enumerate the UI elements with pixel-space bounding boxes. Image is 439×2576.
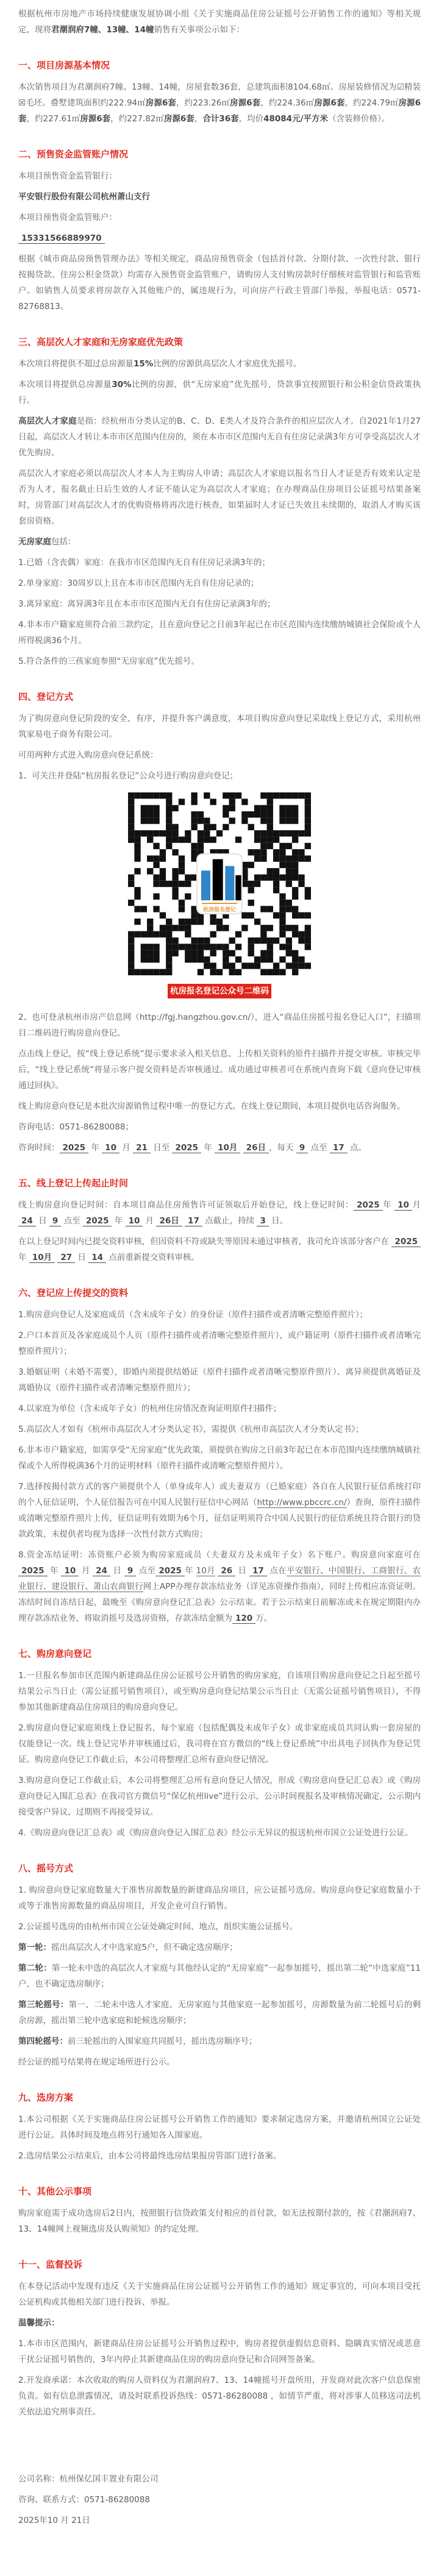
paragraph: 点击线上登记，按“线上登记系统”提示要求录入相关信息、上传相关资料的原件扫描件并… xyxy=(18,1046,421,1094)
text-run: 根据《城市商品房预售管理办法》等相关规定，商品房预售资金（包括首付款、分期付款、… xyxy=(18,254,421,311)
text-run: 三、高层次人才家庭和无房家庭优先政策 xyxy=(18,336,183,347)
text-run: 日 xyxy=(36,1216,49,1226)
paragraph: 1.一旦报名参加市区范围内新建商品住房公证摇号公开销售的购房家庭，自该项目购房意… xyxy=(18,1668,421,1715)
text-run: 六、登记应上传提交的资料 xyxy=(18,1287,128,1298)
paragraph: 高层次人才家庭是指：经杭州市分类认定的B、C、D、E类人才及符合条件的相应层次人… xyxy=(18,413,421,461)
footer-line: 2025年10 月 21日 xyxy=(18,2513,421,2528)
section-heading: 十一、监督投诉 xyxy=(18,2258,421,2271)
paragraph: 1.已婚（含丧偶）家庭：在我市市区范围内无自有住房记录满3年的； xyxy=(18,555,421,571)
text-run: 前三轮摇出的入围家庭共同摇号，摇出选房顺序号； xyxy=(68,2037,257,2046)
text-emphasis: 27 xyxy=(57,1253,75,1263)
text-emphasis: 14 xyxy=(88,1253,106,1263)
paragraph: 1.本公司根据《关于实施商品住房公证摇号公开销售工作的通知》要求制定选房方案，并… xyxy=(18,2112,421,2143)
text-run: 咨询时间： xyxy=(18,1143,60,1153)
paragraph: 第二轮：第一轮未中选的高层次人才家庭与其他经认定的“无房家庭”一起参加摇号，摇出… xyxy=(18,1960,421,1992)
text-emphasis: 24 xyxy=(93,1566,110,1576)
text-run: 1.一旦报名参加市区范围内新建商品住房公证摇号公开销售的购房家庭，自该项目购房意… xyxy=(18,1671,421,1712)
text-emphasis: 26日 xyxy=(243,1143,269,1153)
text-emphasis: 9 xyxy=(296,1143,308,1153)
text-emphasis: 平安银行股份有限公司杭州萧山支行 xyxy=(18,192,150,202)
text-run: 为了购房意向登记阶段的安全、有序，并提升客户满意度，本项目购房意向登记采取线上登… xyxy=(18,714,421,739)
text-run: 是指：经杭州市分类认定的B、C、D、E类人才及符合条件的相应层次人才。自2021… xyxy=(18,416,421,458)
text-run: 比例的房源供高层次人才家庭优先摇号。 xyxy=(153,359,301,369)
text-emphasis: 2025 xyxy=(60,1143,89,1153)
text-emphasis: 9 xyxy=(49,1216,61,1226)
paragraph: 1.本市市区范围内，新建商品住房公证摇号公开销售过程中，购房者提供虚假信息资料、… xyxy=(18,2336,421,2368)
text-emphasis: 10 xyxy=(126,1216,143,1226)
text-run: ， xyxy=(195,114,203,124)
text-run: ，均价 xyxy=(239,114,264,124)
paragraph: 4.《购房意向登记汇总表》或《购房意向登记入围汇总表》经公示无异议的报送杭州市国… xyxy=(18,1825,421,1841)
text-run: 本项目预售资金监管账户： xyxy=(18,213,117,222)
text-run: 万。 xyxy=(255,1614,272,1623)
text-run: 1.已婚（含丧偶）家庭：在我市市区范围内无自有住房记录满3年的； xyxy=(18,558,270,568)
announcement-article: 根据杭州市房地产市场持续健康发展协调小组《关于实施商品住房公证摇号公开销售工作的… xyxy=(0,0,439,2552)
paragraph: 无房家庭包括： xyxy=(18,534,421,550)
text-run: 线上购房意向登记是本批次房源销售过程中唯一的登记方式。在线上登记期间，本项目提供… xyxy=(18,1101,405,1111)
signature-footer: 公司名称：杭州保亿国丰置业有限公司咨询、联系方式：0571-8628008820… xyxy=(18,2471,421,2528)
paragraph: 2.选房结果公示结束后，由本公司将最终选房结果报房管部门进行备案。 xyxy=(18,2148,421,2164)
text-emphasis: 26 xyxy=(218,1566,235,1576)
text-run: 2.购房意向登记家庭须线上登记报名，每个家庭（包括配偶及未成年子女）或非家庭成员… xyxy=(18,1723,421,1765)
text-run: 本次项目将提供不超过总房源量 xyxy=(18,359,134,369)
text-run: 日 xyxy=(110,1566,124,1576)
paragraph: 在本登记活动中发现有违反《关于实施商品住房公证摇号公开销售工作的通知》规定事宜的… xyxy=(18,2279,421,2310)
text-emphasis: 房源6套 xyxy=(146,98,176,108)
paragraph: 5.符合条件的三孩家庭参照“无房家庭”优先摇号。 xyxy=(18,653,421,669)
paragraph: 15331566889970 xyxy=(18,230,421,246)
text-run: 第一轮未中选的高层次人才家庭与其他经认定的“无房家庭”一起参加摇号，摇出第二轮“… xyxy=(18,1963,421,1989)
text-emphasis: 房源6套 xyxy=(80,114,110,124)
text-run: 五、线上登记上传起止时间 xyxy=(18,1178,128,1189)
text-run: 年 xyxy=(18,1253,29,1262)
section-heading: 九、选房方案 xyxy=(18,2091,421,2104)
text-run: 十一、监督投诉 xyxy=(18,2259,82,2270)
text-run: 6.非本市户籍家庭，如需享受“无房家庭”优先政策，须提供在购房之日前3年起已在本… xyxy=(18,1445,421,1471)
paragraph: 经公证的摇号结果将在规定场所进行公示。 xyxy=(18,2054,421,2070)
section-heading: 二、预售资金监管账户情况 xyxy=(18,148,421,161)
text-run: 月 xyxy=(412,1200,421,1210)
section-heading: 六、登记应上传提交的资料 xyxy=(18,1286,421,1300)
paragraph: 6.非本市户籍家庭，如需享受“无房家庭”优先政策，须提供在购房之日前3年起已在本… xyxy=(18,1442,421,1474)
paragraph: 2.购房意向登记家庭须线上登记报名，每个家庭（包括配偶及未成年子女）或非家庭成员… xyxy=(18,1720,421,1768)
text-run: 5.符合条件的三孩家庭参照“无房家庭”优先摇号。 xyxy=(18,656,199,666)
text-run: 4.非本市户籍家庭须符合前三款约定，且在意向登记之日前3年起已在市区范围内连续缴… xyxy=(18,620,421,646)
text-emphasis: 24 xyxy=(18,1216,36,1226)
paragraph: 2.户口本首页及各家庭成员个人页（原件扫描件或者清晰完整原件照片），或户籍证明（… xyxy=(18,1328,421,1359)
paragraph: 2、也可登录杭州市房产信息网（http://fgj.hangzhou.gov.c… xyxy=(18,1009,421,1041)
text-run: 月 xyxy=(79,1566,93,1576)
paragraph: 为了购房意向登记阶段的安全、有序，并提升客户满意度，本项目购房意向登记采取线上登… xyxy=(18,711,421,742)
paragraph: 咨询时间：2025 年 10 月 21 日至 2025 年 10月 26日，每天… xyxy=(18,1140,421,1156)
text-run: 点至 xyxy=(136,1566,155,1576)
text-run: 1.购房意向登记人及家庭成员（含未成年子女）的身份证（原件扫描件或者清晰完整原件… xyxy=(18,1310,368,1320)
text-emphasis: 温馨提示： xyxy=(18,2318,60,2328)
text-run: 日 xyxy=(75,1253,88,1262)
text-emphasis: 17 xyxy=(185,1216,202,1226)
text-emphasis: 10 xyxy=(61,1566,79,1576)
paragraph: 3.购房意向登记工作截止后，本公司将整理汇总所有意向登记人情况，形成《购房意向登… xyxy=(18,1773,421,1820)
section-heading: 四、登记方式 xyxy=(18,690,421,703)
text-run: 2、也可登录杭州市房产信息网（http://fgj.hangzhou.gov.c… xyxy=(18,1012,421,1038)
text-run: 点截止，持续 xyxy=(202,1216,257,1226)
text-run: 月 xyxy=(120,1143,133,1153)
footer-line: 公司名称：杭州保亿国丰置业有限公司 xyxy=(18,2471,421,2487)
text-emphasis: 高层次人才家庭 xyxy=(18,416,77,426)
text-emphasis: 第二轮： xyxy=(18,1963,52,1973)
section-heading: 一、项目房源基本情况 xyxy=(18,59,421,72)
text-run: 购房家庭需于成功选房后2日内，按照银行信贷政策支付相应的首付款，如无法按期付款的… xyxy=(18,2208,421,2234)
text-run: 日 xyxy=(235,1566,249,1576)
text-emphasis: 10月 xyxy=(215,1143,240,1153)
text-run: ，每天 xyxy=(269,1143,296,1153)
text-run: 点至 xyxy=(61,1216,83,1226)
paragraph: 4.以家庭为单位（含未成年子女）的杭州住房情况查询证明原件扫描件； xyxy=(18,1401,421,1417)
text-emphasis: 君潮润府7幢、13幢、14幢 xyxy=(51,25,154,35)
text-run: 年 xyxy=(88,1143,102,1153)
text-run: 包括： xyxy=(51,537,76,547)
paragraph: 8.资金冻结证明：冻资账户必须为购房家庭成员（夫妻双方及未成年子女）名下账户。购… xyxy=(18,1547,421,1626)
paragraph: 1. 购房意向登记家庭数量大于准售房源数量的新建商品房项目，应公证摇号选房。购房… xyxy=(18,1882,421,1914)
text-run: 七、购房意向登记 xyxy=(18,1648,91,1659)
qr-caption: 杭房报名登记公众号二维码 xyxy=(168,984,271,998)
text-run: 点击线上登记，按“线上登记系统”提示要求录入相关信息、上传相关资料的原件扫描件并… xyxy=(18,1049,421,1091)
text-run: 十、其他公示事项 xyxy=(18,2186,91,2197)
text-run: 2.选房结果公示结束后，由本公司将最终选房结果报房管部门进行备案。 xyxy=(18,2151,281,2161)
paragraph: 2.单身家庭：30周岁以上且在本市市区范围内无自有住房记录的； xyxy=(18,575,421,591)
paragraph: 2.公证摇号选房的由杭州市国立公证处确定时间、地点，组织实施公证摇号。 xyxy=(18,1919,421,1935)
text-run: 1.本公司根据《关于实施商品住房公证摇号公开销售工作的通知》要求制定选房方案，并… xyxy=(18,2115,421,2140)
text-run: ，约227.61㎡ xyxy=(27,114,80,124)
text-run: 第一、二轮未中选人才家庭、无房家庭与其他家庭一起参加摇号，房源数量为前二轮摇号后… xyxy=(18,2000,421,2026)
text-run: 二、预售资金监管账户情况 xyxy=(18,149,128,160)
paragraph: 7.选择按揭付款方式的客户须提供个人（单身成年人）或夫妻双方（已婚家庭）各自在人… xyxy=(18,1479,421,1542)
text-run: 八、摇号方式 xyxy=(18,1863,73,1874)
text-emphasis: 30% xyxy=(112,380,131,390)
text-emphasis: 10 xyxy=(102,1143,120,1153)
text-emphasis: 15% xyxy=(134,359,153,369)
text-emphasis: 第四轮摇号： xyxy=(18,2037,68,2046)
text-emphasis: 10 xyxy=(394,1200,412,1211)
text-run: 经公证的摇号结果将在规定场所进行公示。 xyxy=(18,2057,175,2067)
footer-line: 咨询、联系方式：0571-86280088 xyxy=(18,2492,421,2508)
paragraph: 在以上登记时间内已提交资料审核，但因资料不符或缺失等原因未通过审核者，我司允许该… xyxy=(18,1234,421,1265)
text-run: 本次项目将提供总房源量 xyxy=(18,380,112,390)
paragraph: 温馨提示： xyxy=(18,2315,421,2331)
text-emphasis: 2025 xyxy=(172,1143,201,1153)
buildings-icon xyxy=(128,855,311,900)
text-run: 2.开发商承诺：本次收取的购房人资料仅为君潮润府7、13、14幢摇号开盘所用，开… xyxy=(18,2375,421,2417)
text-emphasis: 房源6套 xyxy=(230,98,260,108)
qr-code-image: 杭房报名登记 xyxy=(128,792,311,975)
text-run: 在本登记活动中发现有违反《关于实施商品住房公证摇号公开销售工作的通知》规定事宜的… xyxy=(18,2282,421,2307)
paragraph: 第四轮摇号：前三轮摇出的入围家庭共同摇号，摇出选房顺序号； xyxy=(18,2033,421,2049)
paragraph: 本次销售项目为君潮润府7幢、13幢、14幢，房屋套数36套，总建筑面积8104.… xyxy=(18,79,421,127)
text-run: 年 xyxy=(201,1143,215,1153)
text-run: 九、选房方案 xyxy=(18,2092,73,2103)
text-emphasis: 10月 xyxy=(29,1253,55,1263)
paragraph: 高层次人才家庭必须以高层次人才本人为主购房人申请；高层次人才家庭以报名当日人才证… xyxy=(18,466,421,529)
paragraph: 4.非本市户籍家庭须符合前三款约定，且在意向登记之日前3年起已在市区范围内连续缴… xyxy=(18,617,421,649)
text-run: 月 xyxy=(143,1216,156,1226)
paragraph: 平安银行股份有限公司杭州萧山支行 xyxy=(18,189,421,205)
text-emphasis: 17 xyxy=(330,1143,348,1153)
text-emphasis: 无房家庭 xyxy=(18,537,51,547)
text-emphasis: 房源6套 xyxy=(164,114,195,124)
text-emphasis: 合计36套 xyxy=(202,114,238,124)
section-heading: 八、摇号方式 xyxy=(18,1862,421,1875)
text-emphasis: http://www.pbccrc.cn/ xyxy=(257,1498,347,1508)
paragraph: 第一轮：摇出高层次人才中选家庭5户，但不确定选房顺序； xyxy=(18,1940,421,1955)
section-heading: 三、高层次人才家庭和无房家庭优先政策 xyxy=(18,335,421,349)
text-emphasis: 2025 xyxy=(83,1216,112,1226)
paragraph: 线上购房意向登记时间：自本项目商品住房预售许可证领取后开始登记，线上登记时间：2… xyxy=(18,1197,421,1229)
text-emphasis: 房源6套 xyxy=(314,98,344,108)
paragraph: 购房家庭需于成功选房后2日内，按照银行信贷政策支付相应的首付款，如无法按期付款的… xyxy=(18,2205,421,2237)
text-run: 年 xyxy=(185,1566,196,1576)
text-run: 1. 购房意向登记家庭数量大于准售房源数量的新建商品房项目，应公证摇号选房。购房… xyxy=(18,1885,421,1911)
paragraph: 第三轮摇号：第一、二轮未中选人才家庭、无房家庭与其他家庭一起参加摇号，房源数量为… xyxy=(18,1997,421,2029)
text-run: ，约224.36㎡ xyxy=(260,98,314,108)
text-run: 4.《购房意向登记汇总表》或《购房意向登记入围汇总表》经公示无异议的报送杭州市国… xyxy=(18,1828,413,1838)
text-run: 1、可关注并登陆“杭房报名登记”公众号进行购房意向登记； xyxy=(18,771,238,781)
text-run: 销售有关事项公示如下： xyxy=(154,25,244,35)
paragraph: 本项目预售资金监管银行： xyxy=(18,168,421,184)
text-run: 点。 xyxy=(348,1143,366,1153)
text-run: 8.资金冻结证明：冻资账户必须为购房家庭成员（夫妻双方及未成年子女）名下账户。购… xyxy=(18,1550,421,1560)
text-run: 一、项目房源基本情况 xyxy=(18,60,110,71)
text-run: 在以上登记时间内已提交资料审核，但因资料不符或缺失等原因未通过审核者，我司允许该… xyxy=(18,1237,391,1247)
text-run: 摇出高层次人才中选家庭5户，但不确定选房顺序； xyxy=(51,1943,238,1952)
qr-center-logo: 杭房报名登记 xyxy=(196,853,243,914)
text-run: 日至 xyxy=(151,1143,173,1153)
text-run: （含装修价格）。 xyxy=(328,114,390,124)
paragraph: 根据杭州市房地产市场持续健康发展协调小组《关于实施商品住房公证摇号公开销售工作的… xyxy=(18,6,421,38)
text-run: 3.购房意向登记工作截止后，本公司将整理汇总所有意向登记人情况，形成《购房意向登… xyxy=(18,1776,421,1817)
text-run: 年 xyxy=(48,1566,62,1576)
text-emphasis: 17 xyxy=(249,1566,267,1576)
text-run: 2.户口本首页及各家庭成员个人页（原件扫描件或者清晰完整原件照片），或户籍证明（… xyxy=(18,1331,421,1356)
paragraph: 本项目预售资金监管账户： xyxy=(18,210,421,226)
paragraph: 根据《城市商品房预售管理办法》等相关规定，商品房预售资金（包括首付款、分期付款、… xyxy=(18,251,421,315)
paragraph: 咨询电话：0571-86280088； xyxy=(18,1119,421,1135)
paragraph: 1、可关注并登陆“杭房报名登记”公众号进行购房意向登记； xyxy=(18,768,421,784)
text-run: 年 xyxy=(383,1200,395,1210)
text-emphasis: 3 xyxy=(257,1216,268,1226)
section-heading: 七、购房意向登记 xyxy=(18,1647,421,1660)
text-run: 2.单身家庭：30周岁以上且在本市市区范围内无自有住房记录的； xyxy=(18,578,259,588)
text-emphasis: 2025 xyxy=(391,1237,421,1247)
text-run: ，约223.26㎡ xyxy=(176,98,230,108)
paragraph: 可用两种方式进入购房意向登记系统： xyxy=(18,747,421,763)
text-emphasis: 120 xyxy=(232,1614,255,1624)
text-run: 点至 xyxy=(308,1143,330,1153)
text-run: 2.公证摇号选房的由杭州市国立公证处确定时间、地点，组织实施公证摇号。 xyxy=(18,1922,298,1932)
paragraph: 2.开发商承诺：本次收取的购房人资料仅为君潮润府7、13、14幢摇号开盘所用，开… xyxy=(18,2372,421,2420)
text-run: 1.本市市区范围内，新建商品住房公证摇号公开销售过程中，购房者提供虚假信息资料、… xyxy=(18,2339,421,2364)
text-run: 3.婚姻证明（未婚不需要），即婚内须提供结婚证（原件扫描件或者清晰完整原件照片）… xyxy=(18,1367,421,1393)
text-emphasis: 10月 xyxy=(196,1566,215,1576)
text-run: 本项目预售资金监管银行： xyxy=(18,171,117,181)
text-run: 年 xyxy=(112,1216,125,1226)
text-run: 高层次人才家庭必须以高层次人才本人为主购房人申请；高层次人才家庭以报名当日人才证… xyxy=(18,469,421,526)
text-run: ，约227.82㎡ xyxy=(110,114,164,124)
text-run: 点前重新提交资料审核。 xyxy=(106,1253,199,1262)
qr-caption-row: 杭房报名登记公众号二维码 xyxy=(18,984,421,998)
paragraph: 3.婚姻证明（未婚不需要），即婚内须提供结婚证（原件扫描件或者清晰完整原件照片）… xyxy=(18,1364,421,1396)
text-emphasis: 21 xyxy=(133,1143,151,1153)
text-run: 可用两种方式进入购房意向登记系统： xyxy=(18,750,159,760)
text-run: ，约224.79㎡ xyxy=(344,98,398,108)
paragraph: 本次项目将提供不超过总房源量15%比例的房源供高层次人才家庭优先摇号。 xyxy=(18,356,421,372)
text-emphasis: 9 xyxy=(124,1566,136,1576)
text-run: 线上购房意向登记时间：自本项目商品住房预售许可证领取后开始登记，线上登记时间： xyxy=(18,1200,354,1210)
text-run: 咨询电话：0571-86280088； xyxy=(18,1122,134,1132)
paragraph: 5.高层次人才如有《杭州市高层次人才分类认定书》，需提供《杭州市高层次人才分类认… xyxy=(18,1421,421,1437)
paragraph: 线上购房意向登记是本批次房源销售过程中唯一的登记方式。在线上登记期间，本项目提供… xyxy=(18,1098,421,1114)
text-emphasis: 第一轮： xyxy=(18,1943,51,1952)
text-emphasis: 48084元/平方米 xyxy=(263,114,328,124)
text-emphasis: 2025 xyxy=(155,1566,185,1576)
text-emphasis: 第三轮摇号： xyxy=(18,2000,69,2010)
paragraph: 本次项目将提供总房源量30%比例的房源，供“无房家庭”优先摇号，贷款事宜按照银行… xyxy=(18,377,421,408)
text-emphasis: 26日 xyxy=(156,1216,182,1226)
text-run: 4.以家庭为单位（含未成年子女）的杭州住房情况查询证明原件扫描件； xyxy=(18,1404,281,1414)
text-emphasis: 15331566889970 xyxy=(18,233,105,244)
text-run: 日。 xyxy=(269,1216,288,1226)
text-run: 5.高层次人才如有《杭州市高层次人才分类认定书》，需提供《杭州市高层次人才分类认… xyxy=(18,1425,363,1434)
section-heading: 十、其他公示事项 xyxy=(18,2185,421,2198)
text-run: 四、登记方式 xyxy=(18,691,73,702)
paragraph: 3.离异家庭：离异满3年且在本市市区范围内无自有住房记录满3年的； xyxy=(18,596,421,612)
text-run: 3.离异家庭：离异满3年且在本市市区范围内无自有住房记录满3年的； xyxy=(18,599,276,609)
text-emphasis: 2025 xyxy=(18,1566,48,1576)
text-run: 点在 xyxy=(267,1566,287,1576)
text-emphasis: 2025 xyxy=(354,1200,383,1211)
paragraph: 1.购房意向登记人及家庭成员（含未成年子女）的身份证（原件扫描件或者清晰完整原件… xyxy=(18,1307,421,1323)
qr-logo-label: 杭房报名登记 xyxy=(202,903,237,913)
section-heading: 五、线上登记上传起止时间 xyxy=(18,1176,421,1190)
